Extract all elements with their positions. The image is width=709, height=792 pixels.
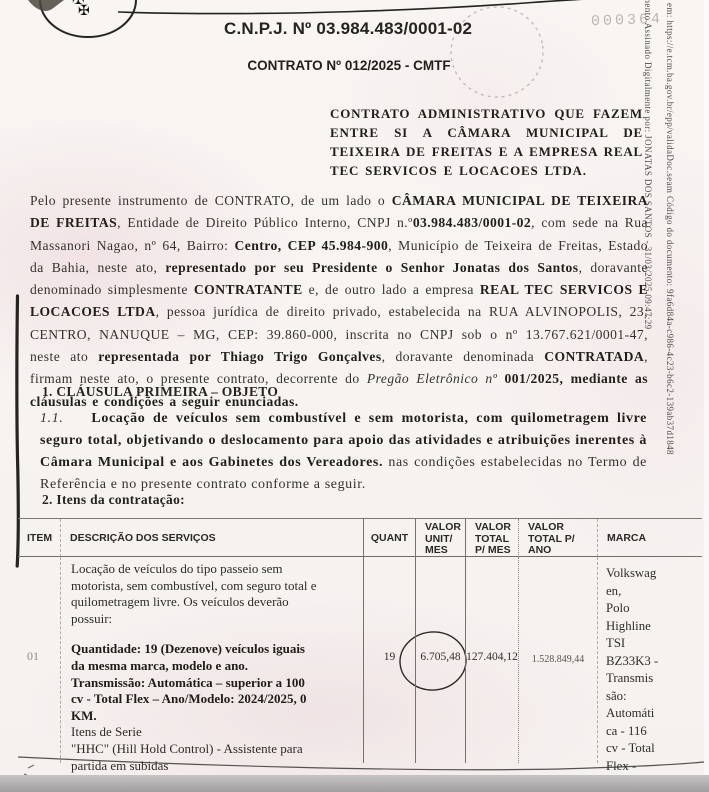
cell-valor-total-mes: 127.404,12 — [465, 557, 518, 763]
text-segment: , Entidade de Direito Público Interno, C… — [117, 215, 413, 230]
text-segment: Pregão Eletrônico nº — [367, 371, 505, 386]
cnpj-header: C.N.P.J. Nº 03.984.483/0001-02 — [224, 19, 472, 39]
cell-valor-unit-mes: 6.705,48 — [415, 557, 465, 763]
clause2-heading: 2. Itens da contratação: — [42, 492, 185, 508]
col-header-descricao: DESCRIÇÃO DOS SERVIÇOS — [60, 519, 363, 557]
text-segment: e, de outro lado a empresa — [303, 282, 480, 297]
col-header-item: ITEM — [18, 519, 60, 557]
clause1-item-1-1: 1.1.Locação de veículos sem combustível … — [40, 408, 647, 496]
col-header-valor-unit-mes: VALOR UNIT/ MES — [415, 519, 465, 557]
items-table: ITEM DESCRIÇÃO DOS SERVIÇOS QUANT VALOR … — [18, 518, 702, 763]
text-segment: 1.1. — [40, 411, 63, 426]
intro-paragraph: Pelo presente instrumento de CONTRATO, d… — [30, 190, 648, 413]
contract-title: CONTRATO Nº 012/2025 - CMTF — [184, 58, 514, 73]
scan-right-edge — [704, 0, 709, 792]
contract-epigraph: CONTRATO ADMINISTRATIVO QUE FAZEM ENTRE … — [330, 104, 643, 180]
text-segment: CONTRATADA — [544, 349, 644, 364]
text-segment: , doravante denominada — [382, 349, 545, 364]
col-header-valor-total-mes: VALOR TOTAL P/ MES — [465, 519, 518, 557]
letterhead-rule — [118, 0, 648, 14]
text-segment: 03.984.483/0001-02 — [413, 215, 531, 230]
col-header-marca: MARCA — [597, 519, 702, 557]
text-segment: CONTRATO ADMINISTRATIVO QUE FAZEM ENTRE … — [330, 106, 643, 159]
description-intro: Locação de veículos do tipo passeio sem … — [71, 561, 357, 627]
col-header-valor-total-ano: VALOR TOTAL P/ ANO — [518, 519, 597, 557]
col-header-quant: QUANT — [363, 519, 415, 557]
scanned-contract-page: ✠ ✠ C.N.P.J. Nº 03.984.483/0001-02 00036… — [0, 0, 709, 792]
cell-marca: Volkswag en, Polo Highline TSI BZ33K3 - … — [597, 557, 702, 763]
scan-bottom-shadow — [0, 775, 709, 792]
text-segment: CONTRATANTE — [194, 282, 303, 297]
text-segment: representado por seu Presidente o Senhor… — [165, 260, 578, 275]
text-segment: representada por Thiago Trigo Gonçalves — [98, 349, 381, 364]
clause1-heading: 1. CLÁUSULA PRIMEIRA – OBJETO — [42, 384, 278, 400]
description-specs: Quantidade: 19 (Dezenove) veículos iguai… — [71, 641, 357, 724]
cell-valor-total-ano: 1.528.849,44 — [518, 557, 597, 763]
description-series-items: Itens de Serie "HHC" (Hill Hold Control)… — [71, 724, 357, 774]
faint-round-stamp — [445, 1, 549, 103]
cell-quant: 19 — [363, 557, 415, 763]
text-segment: Pelo presente instrumento de CONTRATO, d… — [30, 193, 392, 208]
text-segment: Centro, CEP 45.984-900 — [234, 238, 388, 253]
cell-item-number: 01 — [18, 557, 60, 763]
cell-description: Locação de veículos do tipo passeio sem … — [60, 557, 363, 763]
pen-speck — [24, 765, 34, 775]
emblem-shadow-patch — [28, 0, 64, 11]
maltese-cross-icon: ✠ — [78, 5, 90, 19]
